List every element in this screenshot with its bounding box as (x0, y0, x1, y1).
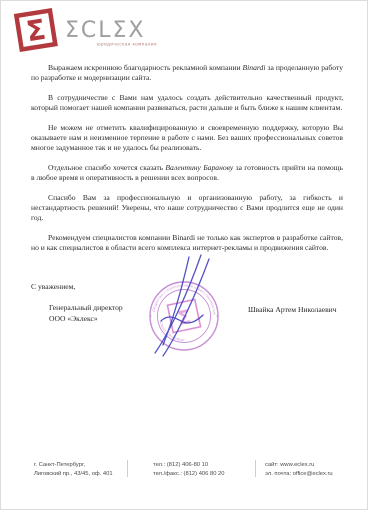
letter-page: Σ ΣCLΣX юридическая компания Выражаем ис… (0, 0, 368, 510)
letter-paragraph: Не можем не отметить квалифицированную и… (31, 123, 343, 153)
letter-paragraph: В сотрудничестве с Вами нам удалось созд… (31, 93, 343, 113)
signer-title-line1: Генеральный директор (49, 302, 123, 313)
footer-phone-line1: тел.: (812) 406-80 10 (153, 461, 224, 470)
letter-paragraph: Выражаем искреннюю благодарность рекламн… (31, 63, 343, 83)
letter-paragraph: Спасибо Вам за профессиональную и органи… (31, 193, 343, 223)
footer-address: г. Санкт-Петербург, Лиговский пр., 43/45… (34, 461, 113, 478)
signer-org: ООО «Эклекс» (49, 313, 123, 324)
signer-name: Швайка Артем Николаевич (248, 305, 337, 314)
footer-email: эл. почта: office@eclex.ru (265, 470, 333, 479)
logo-tagline: юридическая компания (97, 42, 157, 47)
company-seal: Общество с ограниченной ответственностью… (129, 249, 244, 361)
footer-address-line1: г. Санкт-Петербург, (34, 461, 113, 470)
company-logo: Σ ΣCLΣX юридическая компания (11, 6, 181, 56)
footer-website: сайт: www.eclex.ru (265, 461, 333, 470)
footer-web: сайт: www.eclex.ru эл. почта: office@ecl… (265, 461, 333, 478)
footer-phone-line2: тел./факс.: (812) 406 80 20 (153, 470, 224, 479)
footer-phones: тел.: (812) 406-80 10 тел./факс.: (812) … (153, 461, 224, 478)
footer-divider (255, 460, 256, 477)
letter-paragraph: Отдельное спасибо хочется сказать Валент… (31, 163, 343, 183)
logo-mark: Σ (16, 11, 55, 50)
closing-salutation: С уважением, (31, 282, 75, 291)
logo-wordmark: ΣCLΣX (65, 18, 146, 43)
footer-divider (127, 460, 128, 477)
letter-body: Выражаем искреннюю благодарность рекламн… (31, 63, 343, 263)
signer-title: Генеральный директор ООО «Эклекс» (49, 302, 123, 324)
seal-center-mark: Σ (167, 299, 200, 332)
footer-address-line2: Лиговский пр., 43/45, оф. 401 (34, 470, 113, 479)
